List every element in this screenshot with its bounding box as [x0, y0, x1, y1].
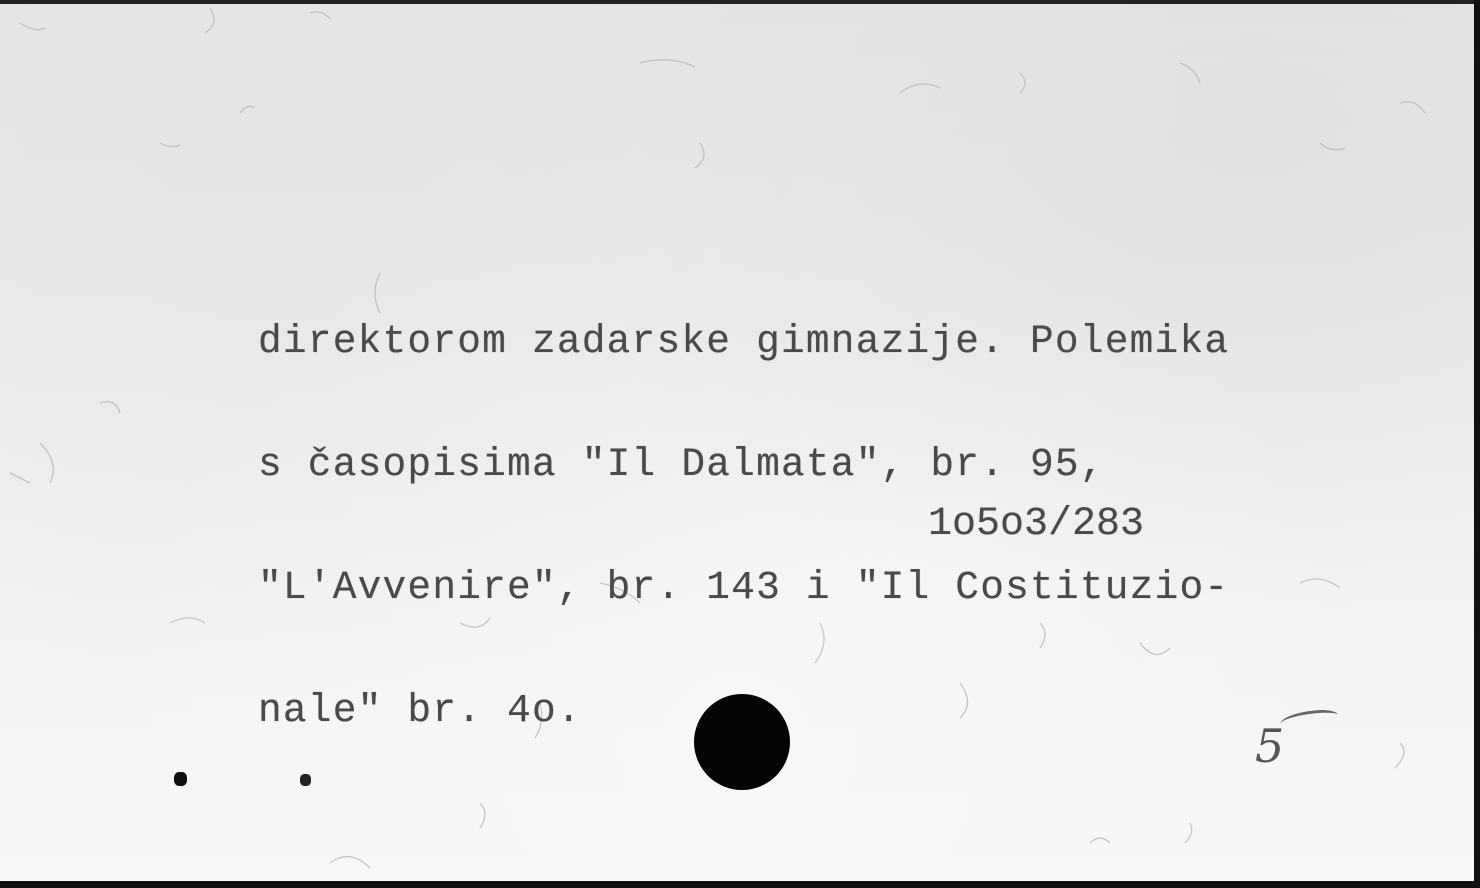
- punch-hole: [694, 694, 790, 790]
- card-line-2: s časopisima "Il Dalmata", br. 95,: [258, 444, 1229, 485]
- handwritten-stroke: [1279, 708, 1338, 731]
- scan-edge-right: [1474, 0, 1480, 888]
- ink-mark: [300, 774, 311, 786]
- catalog-number: 1o5o3/283: [928, 503, 1144, 547]
- ink-mark: [174, 772, 187, 786]
- index-card: direktorom zadarske gimnazije. Polemika …: [0, 3, 1475, 883]
- card-line-3: "L'Avvenire", br. 143 i "Il Costituzio-: [258, 567, 1229, 608]
- handwritten-number: 5: [1255, 721, 1284, 771]
- scan-edge-bottom: [0, 881, 1480, 888]
- card-line-1: direktorom zadarske gimnazije. Polemika: [258, 321, 1229, 362]
- scan-edge-top: [0, 0, 1480, 4]
